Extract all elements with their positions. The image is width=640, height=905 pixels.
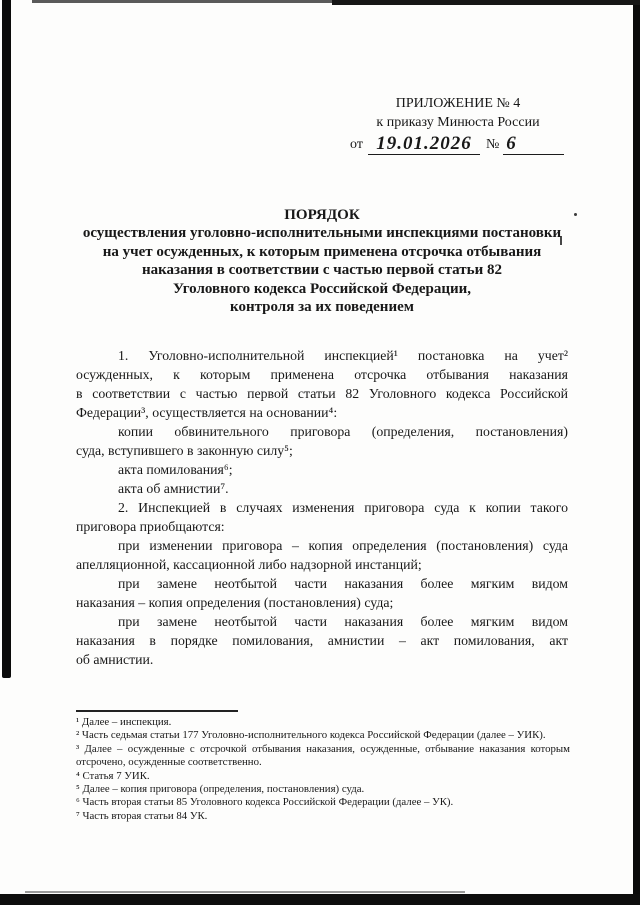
text-line: наказания – копия определения (постановл… bbox=[76, 593, 568, 612]
footnote-6: ⁶ Часть вторая статьи 85 Уголовного коде… bbox=[76, 796, 570, 809]
handwritten-number: 6 bbox=[506, 133, 517, 154]
text-line: в соответствии с частью первой статьи 82… bbox=[76, 384, 568, 403]
text-line: при замене неотбытой части наказания бол… bbox=[76, 574, 568, 593]
scan-speck bbox=[574, 213, 577, 216]
text-line: акта помилования⁶; bbox=[76, 460, 568, 479]
footnote-7: ⁷ Часть вторая статьи 84 УК. bbox=[76, 810, 570, 823]
paragraph-3: акта помилования⁶; bbox=[76, 460, 568, 479]
scan-edge-bottom-gray-line bbox=[25, 891, 465, 893]
footnotes-block: ¹ Далее – инспекция. ² Часть седьмая ста… bbox=[76, 716, 570, 823]
title-line: осуществления уголовно-исполнительными и… bbox=[76, 224, 568, 242]
text-line: 2. Инспекцией в случаях изменения пригов… bbox=[76, 498, 568, 517]
footnote-4: ⁴ Статья 7 УИК. bbox=[76, 770, 570, 783]
document-title: ПОРЯДОК осуществления уголовно-исполните… bbox=[76, 206, 568, 316]
footnote-3: ³ Далее – осужденные с отсрочкой отбыван… bbox=[76, 743, 570, 770]
date-prefix-label: от bbox=[350, 135, 363, 154]
appendix-number-line: ПРИЛОЖЕНИЕ № 4 bbox=[350, 94, 566, 113]
paragraph-8: при замене неотбытой части наказания бол… bbox=[76, 612, 568, 669]
order-reference-line: к приказу Минюста России bbox=[350, 113, 566, 132]
date-underline-field: 19.01.2026 bbox=[368, 133, 480, 155]
footnote-2: ² Часть седьмая статьи 177 Уголовно-испо… bbox=[76, 729, 570, 742]
handwritten-date: 19.01.2026 bbox=[376, 133, 472, 154]
text-line: 1. Уголовно-исполнительной инспекцией¹ п… bbox=[76, 346, 568, 365]
title-line: на учет осужденных, к которым применена … bbox=[76, 243, 568, 261]
text-line: при изменении приговора – копия определе… bbox=[76, 536, 568, 555]
appendix-header: ПРИЛОЖЕНИЕ № 4 к приказу Минюста России … bbox=[350, 94, 566, 155]
paragraph-6: при изменении приговора – копия определе… bbox=[76, 536, 568, 574]
number-underline-field: 6 bbox=[503, 133, 564, 155]
paragraph-1: 1. Уголовно-исполнительной инспекцией¹ п… bbox=[76, 346, 568, 422]
text-line: акта об амнистии⁷. bbox=[76, 479, 568, 498]
order-date-line: от 19.01.2026 № 6 bbox=[350, 133, 566, 155]
title-line: контроля за их поведением bbox=[76, 298, 568, 316]
text-line: об амнистии. bbox=[76, 650, 568, 669]
paragraph-4: акта об амнистии⁷. bbox=[76, 479, 568, 498]
title-line: Уголовного кодекса Российской Федерации, bbox=[76, 280, 568, 298]
footnote-5: ⁵ Далее – копия приговора (определения, … bbox=[76, 783, 570, 796]
document-body: 1. Уголовно-исполнительной инспекцией¹ п… bbox=[76, 346, 568, 669]
scan-edge-top-strip-light bbox=[32, 0, 332, 3]
footnote-1: ¹ Далее – инспекция. bbox=[76, 716, 570, 729]
scan-edge-bottom-bar bbox=[0, 894, 640, 905]
scanned-document-page: ПРИЛОЖЕНИЕ № 4 к приказу Минюста России … bbox=[0, 0, 640, 905]
number-sign-label: № bbox=[486, 135, 499, 154]
text-line: наказания в порядке помилования, амнисти… bbox=[76, 631, 568, 650]
title-line: ПОРЯДОК bbox=[76, 206, 568, 224]
text-line: суда, вступившего в законную силу⁵; bbox=[76, 441, 568, 460]
paragraph-2: копии обвинительного приговора (определе… bbox=[76, 422, 568, 460]
paragraph-7: при замене неотбытой части наказания бол… bbox=[76, 574, 568, 612]
scan-edge-left-bar bbox=[2, 0, 11, 678]
text-line: при замене неотбытой части наказания бол… bbox=[76, 612, 568, 631]
text-line: осужденных, к которым применена отсрочка… bbox=[76, 365, 568, 384]
title-line: наказания в соответствии с частью первой… bbox=[76, 261, 568, 279]
scan-edge-top-strip-dark bbox=[332, 0, 640, 5]
text-line: копии обвинительного приговора (определе… bbox=[76, 422, 568, 441]
paragraph-5: 2. Инспекцией в случаях изменения пригов… bbox=[76, 498, 568, 536]
text-line: приговора приобщаются: bbox=[76, 517, 568, 536]
footnote-separator-line bbox=[76, 710, 238, 712]
scan-edge-right-bar bbox=[633, 0, 640, 905]
text-line: апелляционной, кассационной либо надзорн… bbox=[76, 555, 568, 574]
text-line: Федерации³, осуществляется на основании⁴… bbox=[76, 403, 568, 422]
